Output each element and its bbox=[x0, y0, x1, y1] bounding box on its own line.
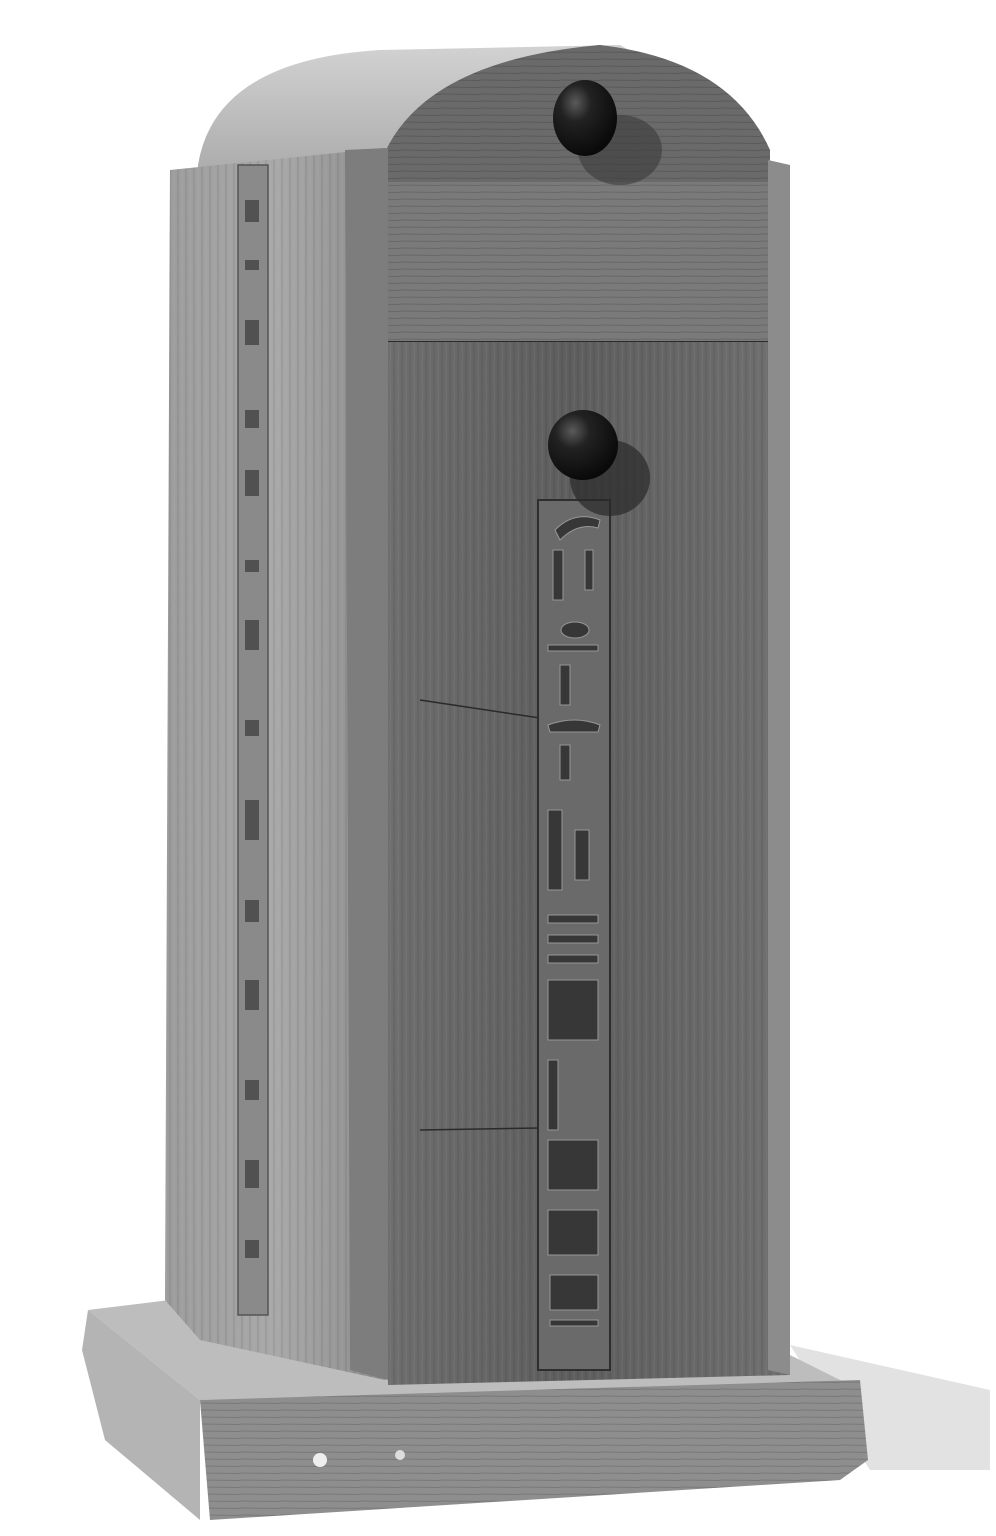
box-front-face bbox=[388, 160, 790, 1385]
front-hieroglyph-column bbox=[538, 500, 610, 1370]
box-side-face bbox=[165, 148, 388, 1380]
shabti-box-photograph bbox=[0, 0, 996, 1536]
side-hieroglyph-column bbox=[238, 165, 268, 1315]
